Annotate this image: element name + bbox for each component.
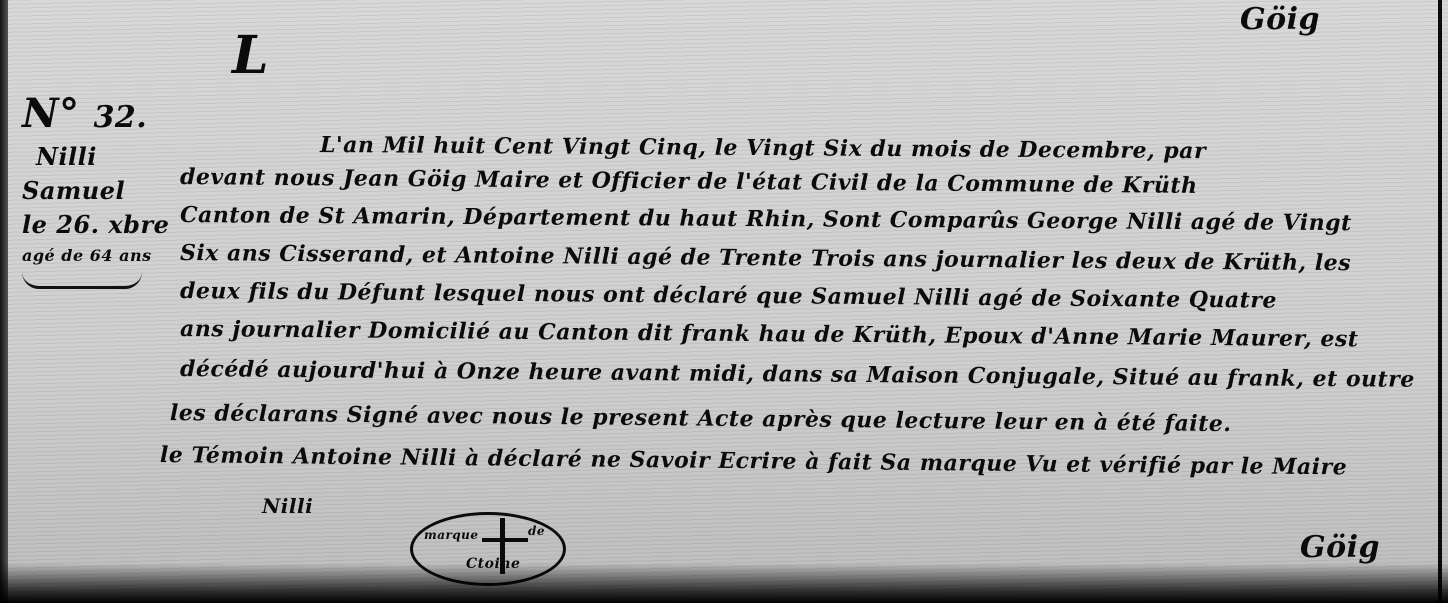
- entry-label: N°: [22, 90, 80, 137]
- initial-letter: L: [232, 30, 269, 82]
- mayor-signature: Göig: [1300, 530, 1380, 565]
- entry-number-value: 32.: [94, 100, 148, 135]
- mark-label-left: marque: [424, 528, 479, 542]
- page-binding-edge: [0, 0, 8, 603]
- scan-shadow: [0, 563, 1448, 603]
- margin-given-name: Samuel: [22, 174, 172, 208]
- text-line: décédé aujourd'hui à Onze heure avant mi…: [180, 354, 1415, 395]
- mark-label-right: de: [528, 524, 545, 538]
- margin-flourish: [22, 272, 142, 289]
- text-line: L'an Mil huit Cent Vingt Cinq, le Vingt …: [320, 130, 1206, 166]
- text-line: devant nous Jean Göig Maire et Officier …: [180, 162, 1198, 201]
- margin-date: le 26. xbre: [22, 208, 172, 242]
- text-line: Canton de St Amarin, Département du haut…: [180, 200, 1352, 238]
- text-line: les déclarans Signé avec nous le present…: [170, 398, 1232, 439]
- text-line: Six ans Cisserand, et Antoine Nilli agé …: [180, 238, 1351, 278]
- text-line: le Témoin Antoine Nilli à déclaré ne Sav…: [160, 440, 1348, 482]
- register-page: Göig N°32. Nilli Samuel le 26. xbre agé …: [0, 0, 1448, 603]
- header-signature: Göig: [1240, 2, 1320, 37]
- text-line: deux fils du Défunt lesquel nous ont déc…: [180, 276, 1277, 316]
- margin-annotation: N°32. Nilli Samuel le 26. xbre agé de 64…: [22, 92, 172, 289]
- entry-number: N°32.: [22, 92, 172, 140]
- declarant-signature: Nilli: [262, 494, 313, 518]
- right-margin-rule: [1438, 0, 1442, 603]
- cross-mark-icon-bar: [482, 538, 528, 542]
- text-line: ans journalier Domicilié au Canton dit f…: [180, 314, 1359, 354]
- margin-surname: Nilli: [36, 140, 172, 174]
- margin-age: agé de 64 ans: [22, 242, 172, 270]
